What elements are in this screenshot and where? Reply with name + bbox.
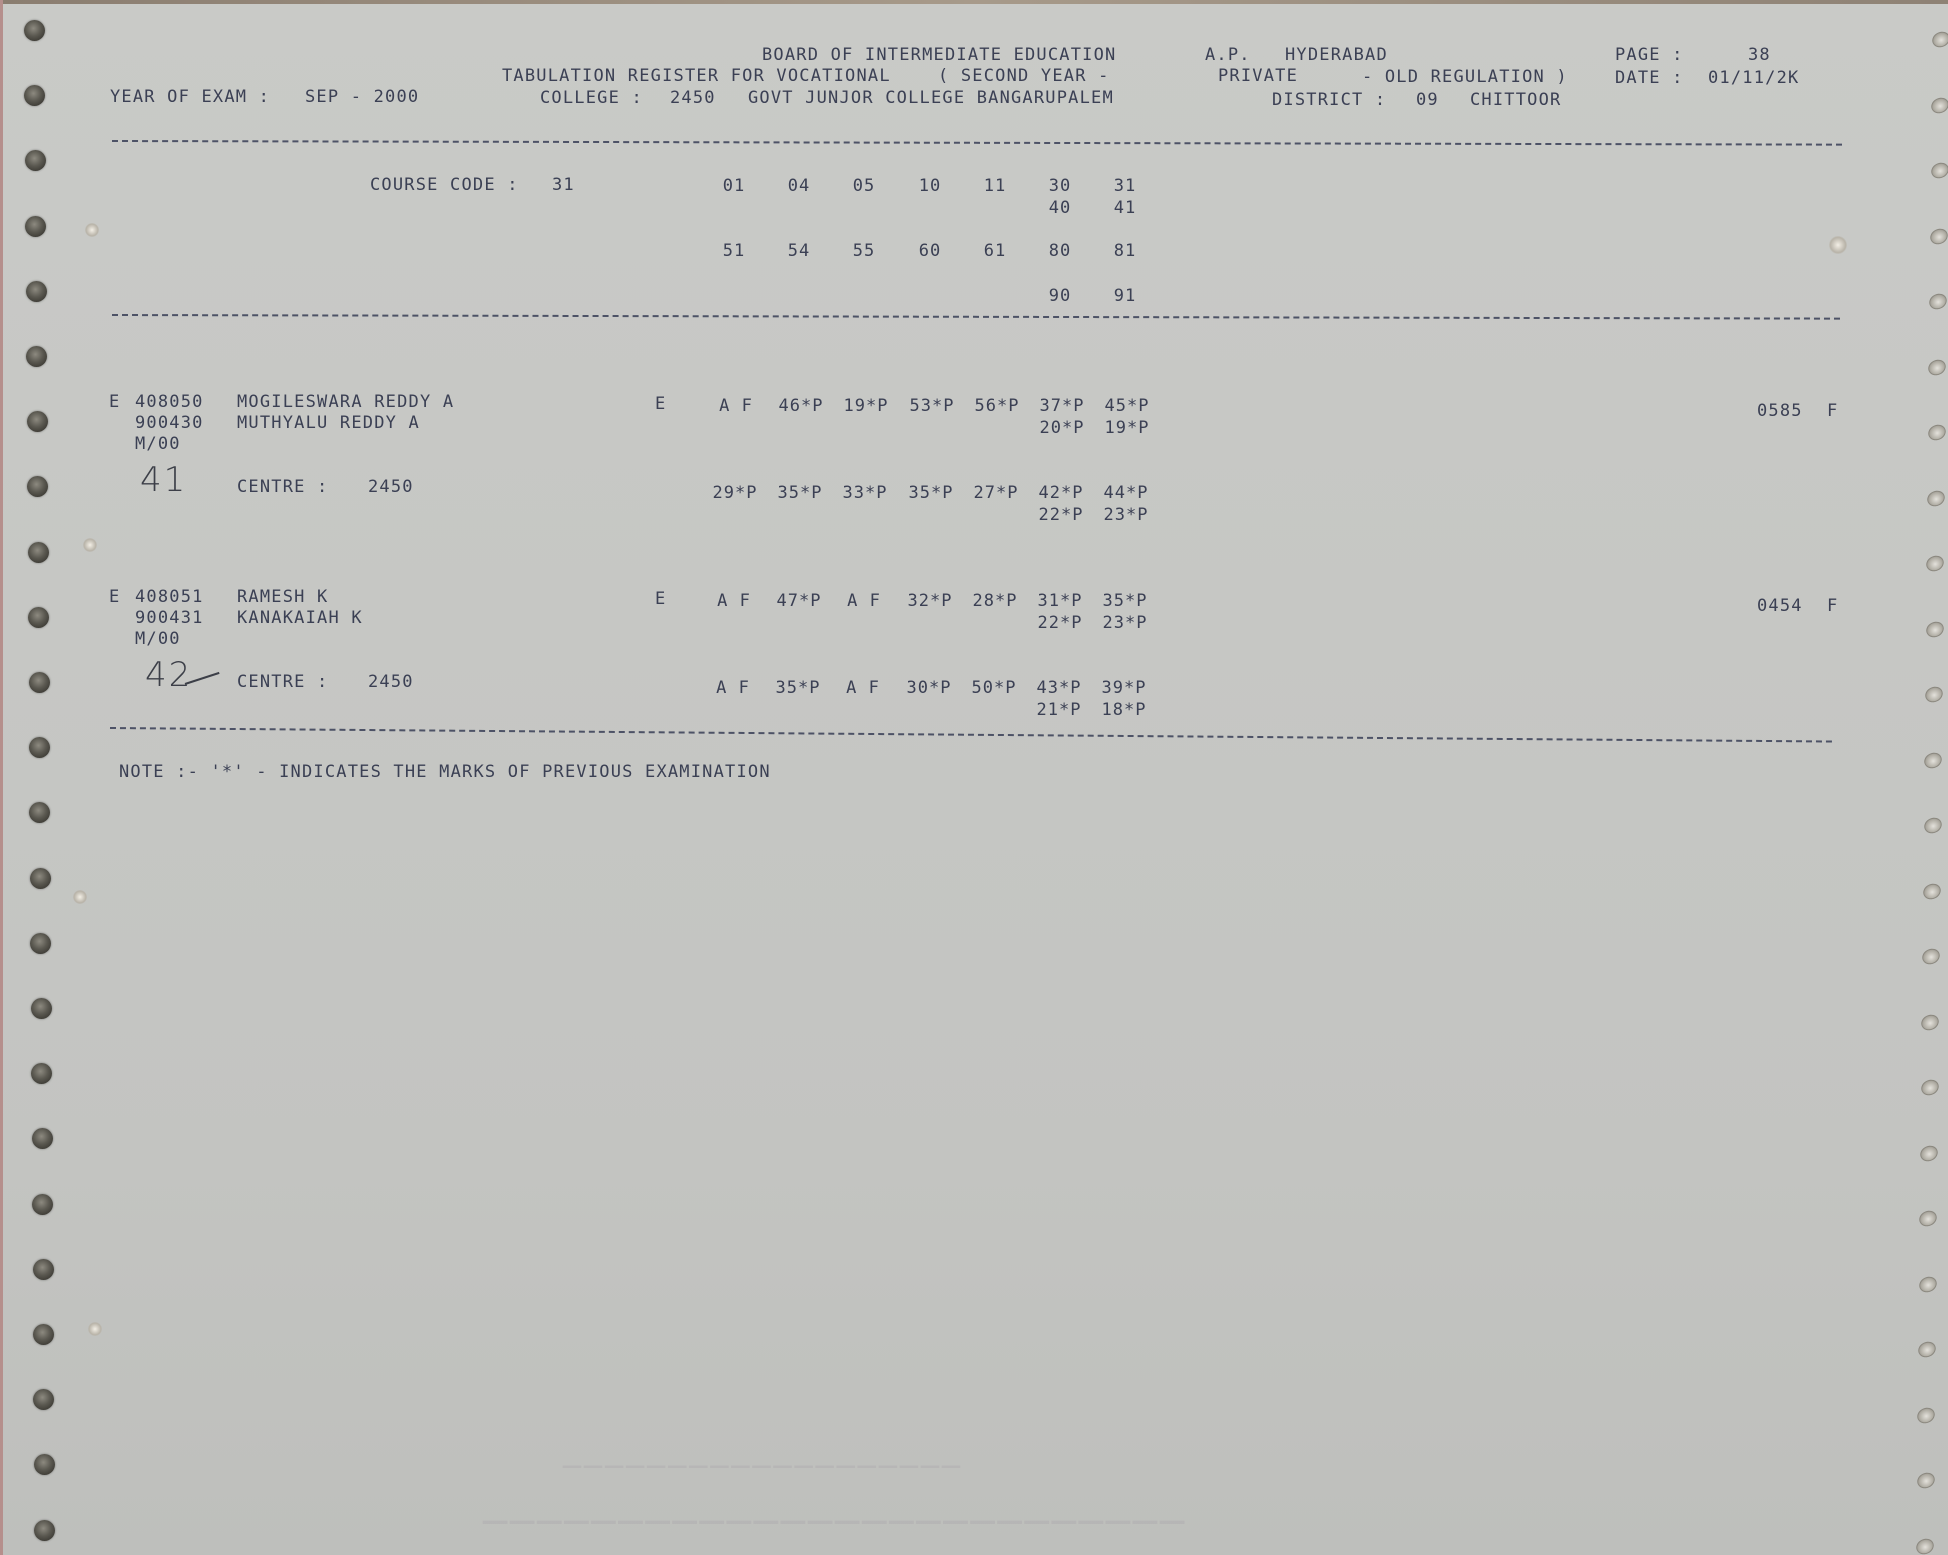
show-through-text: ─────────────────── xyxy=(560,1450,960,1485)
subject-mark: A F xyxy=(701,396,771,416)
subject-code: 10 xyxy=(895,176,965,196)
subject-mark: 22*P xyxy=(1025,613,1095,633)
tractor-hole-icon xyxy=(1918,1142,1941,1163)
tractor-hole-icon xyxy=(1917,1208,1940,1229)
separator-line xyxy=(110,727,1832,743)
subject-mark: 27*P xyxy=(961,483,1031,503)
subject-code: 31 xyxy=(1090,176,1160,196)
tractor-hole-icon xyxy=(1929,94,1948,115)
total-marks: 0585 xyxy=(1757,401,1803,421)
tractor-hole-icon xyxy=(1927,291,1948,312)
subject-mark: 21*P xyxy=(1024,700,1094,720)
hall-ticket-number: 408051 xyxy=(135,587,204,607)
tractor-hole-icon xyxy=(1919,1011,1942,1032)
subject-mark: A F xyxy=(698,678,768,698)
centre-code: 2450 xyxy=(368,477,414,497)
handwritten-serial: 42 xyxy=(145,655,192,695)
medium-code: E xyxy=(655,394,666,414)
tractor-hole-icon xyxy=(34,1454,55,1475)
subject-code: 54 xyxy=(764,241,834,261)
year-of-exam-label: YEAR OF EXAM : xyxy=(110,87,270,107)
subject-code: 81 xyxy=(1090,241,1160,261)
subject-mark: 43*P xyxy=(1024,678,1094,698)
tractor-hole-icon xyxy=(1924,618,1947,639)
footnote: NOTE :- '*' - INDICATES THE MARKS OF PRE… xyxy=(119,762,771,782)
candidate-name: MOGILESWARA REDDY A xyxy=(237,392,454,412)
subject-mark: 33*P xyxy=(830,483,900,503)
subject-mark: 39*P xyxy=(1089,678,1159,698)
course-code-label: COURSE CODE : xyxy=(370,175,519,195)
subject-code: 90 xyxy=(1025,286,1095,306)
pin-mark xyxy=(1829,236,1847,254)
subject-mark: 53*P xyxy=(897,396,967,416)
tractor-hole-icon xyxy=(25,150,46,171)
subject-code: 40 xyxy=(1025,198,1095,218)
tractor-hole-icon xyxy=(1923,684,1946,705)
subject-mark: 22*P xyxy=(1026,505,1096,525)
tractor-hole-icon xyxy=(29,802,50,823)
subject-mark: 31*P xyxy=(1025,591,1095,611)
college-code: 2450 xyxy=(670,88,716,108)
total-marks: 0454 xyxy=(1757,596,1803,616)
subject-code: 01 xyxy=(699,176,769,196)
subject-mark: 19*P xyxy=(1092,418,1162,438)
separator-line xyxy=(112,140,1842,146)
tractor-hole-icon xyxy=(33,1259,54,1280)
tractor-hole-icon xyxy=(33,1324,54,1345)
pin-mark xyxy=(88,1322,102,1336)
centre-label: CENTRE : xyxy=(237,477,328,497)
board-city: HYDERABAD xyxy=(1285,45,1388,65)
tractor-hole-icon xyxy=(30,933,51,954)
subject-mark: 19*P xyxy=(831,396,901,416)
tractor-hole-icon xyxy=(24,85,45,106)
tractor-hole-icon xyxy=(27,476,48,497)
subject-mark: 29*P xyxy=(700,483,770,503)
tractor-hole-icon xyxy=(1928,225,1948,246)
tractor-hole-icon xyxy=(1921,880,1944,901)
tractor-hole-icon xyxy=(1922,815,1945,836)
candidate-name: RAMESH K xyxy=(237,587,328,607)
subject-mark: 32*P xyxy=(895,591,965,611)
course-code-value: 31 xyxy=(552,175,575,195)
page-number: 38 xyxy=(1748,45,1771,65)
subject-mark: 20*P xyxy=(1027,418,1097,438)
paper-left-edge xyxy=(0,0,3,1555)
pin-mark xyxy=(83,538,97,552)
subject-mark: 23*P xyxy=(1090,613,1160,633)
tractor-hole-icon xyxy=(1915,1470,1938,1491)
tractor-hole-icon xyxy=(28,542,49,563)
tractor-hole-icon xyxy=(1929,160,1948,181)
tractor-hole-icon xyxy=(1920,946,1943,967)
tractor-hole-icon xyxy=(1925,487,1948,508)
board-state: A.P. xyxy=(1205,45,1251,65)
subject-code: 91 xyxy=(1090,286,1160,306)
hall-ticket-number: 408050 xyxy=(135,392,204,412)
subject-code: 41 xyxy=(1090,198,1160,218)
tractor-hole-icon xyxy=(1926,422,1948,443)
subject-code: 55 xyxy=(829,241,899,261)
date-label: DATE : xyxy=(1615,68,1684,88)
tractor-hole-icon xyxy=(31,1063,52,1084)
subject-code: 04 xyxy=(764,176,834,196)
separator-line xyxy=(112,314,1840,320)
district-name: CHITTOOR xyxy=(1470,90,1561,110)
subject-code: 05 xyxy=(829,176,899,196)
pin-mark xyxy=(73,890,87,904)
subject-mark: A F xyxy=(828,678,898,698)
register-title: TABULATION REGISTER FOR VOCATIONAL xyxy=(502,66,891,86)
record-prefix: E xyxy=(109,587,120,607)
subject-mark: 44*P xyxy=(1091,483,1161,503)
tractor-hole-icon xyxy=(30,868,51,889)
pin-mark xyxy=(85,223,99,237)
result-status: F xyxy=(1827,596,1838,616)
gender-year: M/00 xyxy=(135,629,181,649)
subject-mark: A F xyxy=(829,591,899,611)
paper-top-edge xyxy=(0,0,1948,4)
tractor-hole-icon xyxy=(1917,1273,1940,1294)
subject-mark: 35*P xyxy=(763,678,833,698)
subject-code: 51 xyxy=(699,241,769,261)
board-name: BOARD OF INTERMEDIATE EDUCATION xyxy=(762,45,1116,65)
tractor-hole-icon xyxy=(29,737,50,758)
subject-mark: 18*P xyxy=(1089,700,1159,720)
record-prefix: E xyxy=(109,392,120,412)
subject-code: 60 xyxy=(895,241,965,261)
tractor-hole-icon xyxy=(28,607,49,628)
tractor-hole-icon xyxy=(33,1389,54,1410)
father-name: KANAKAIAH K xyxy=(237,608,363,628)
subject-mark: 23*P xyxy=(1091,505,1161,525)
subject-code: 80 xyxy=(1025,241,1095,261)
subject-mark: 37*P xyxy=(1027,396,1097,416)
subject-mark: 35*P xyxy=(765,483,835,503)
serial-number: 900430 xyxy=(135,413,204,433)
subject-mark: A F xyxy=(699,591,769,611)
subject-mark: 56*P xyxy=(962,396,1032,416)
subject-mark: 30*P xyxy=(894,678,964,698)
date-value: 01/11/2K xyxy=(1708,68,1799,88)
centre-label: CENTRE : xyxy=(237,672,328,692)
tractor-hole-icon xyxy=(1930,29,1948,50)
district-label: DISTRICT : xyxy=(1272,90,1386,110)
tractor-hole-icon xyxy=(1926,356,1948,377)
subject-code: 11 xyxy=(960,176,1030,196)
regulation: - OLD REGULATION ) xyxy=(1362,67,1568,87)
subject-mark: 28*P xyxy=(960,591,1030,611)
subject-mark: 45*P xyxy=(1092,396,1162,416)
gender-year: M/00 xyxy=(135,434,181,454)
subject-mark: 50*P xyxy=(959,678,1029,698)
tractor-hole-icon xyxy=(34,1520,55,1541)
handwritten-serial: 41 xyxy=(140,460,187,500)
subject-code: 61 xyxy=(960,241,1030,261)
tractor-hole-icon xyxy=(32,1128,53,1149)
result-status: F xyxy=(1827,401,1838,421)
tractor-hole-icon xyxy=(1915,1404,1938,1425)
subject-mark: 42*P xyxy=(1026,483,1096,503)
serial-number: 900431 xyxy=(135,608,204,628)
centre-code: 2450 xyxy=(368,672,414,692)
college-name: GOVT JUNJOR COLLEGE BANGARUPALEM xyxy=(748,88,1114,108)
subject-code: 30 xyxy=(1025,176,1095,196)
candidate-type: PRIVATE xyxy=(1218,66,1298,86)
medium-code: E xyxy=(655,589,666,609)
tractor-hole-icon xyxy=(31,998,52,1019)
subject-mark: 47*P xyxy=(764,591,834,611)
subject-mark: 46*P xyxy=(766,396,836,416)
tractor-hole-icon xyxy=(1914,1535,1937,1555)
year-part: ( SECOND YEAR - xyxy=(938,66,1110,86)
tractor-hole-icon xyxy=(1924,553,1947,574)
tractor-hole-icon xyxy=(1916,1339,1939,1360)
tractor-hole-icon xyxy=(1922,749,1945,770)
year-of-exam-value: SEP - 2000 xyxy=(305,87,419,107)
college-label: COLLEGE : xyxy=(540,88,643,108)
subject-mark: 35*P xyxy=(896,483,966,503)
tractor-hole-icon xyxy=(26,346,47,367)
tractor-hole-icon xyxy=(26,281,47,302)
tractor-hole-icon xyxy=(27,411,48,432)
district-code: 09 xyxy=(1416,90,1439,110)
father-name: MUTHYALU REDDY A xyxy=(237,413,420,433)
tractor-hole-icon xyxy=(32,1194,53,1215)
page-label: PAGE : xyxy=(1615,45,1684,65)
tractor-hole-icon xyxy=(1919,1077,1942,1098)
tractor-hole-icon xyxy=(25,216,46,237)
show-through-text: ────────────────────────── xyxy=(480,1500,1184,1546)
subject-mark: 35*P xyxy=(1090,591,1160,611)
tractor-hole-icon xyxy=(29,672,50,693)
tractor-hole-icon xyxy=(24,20,45,41)
